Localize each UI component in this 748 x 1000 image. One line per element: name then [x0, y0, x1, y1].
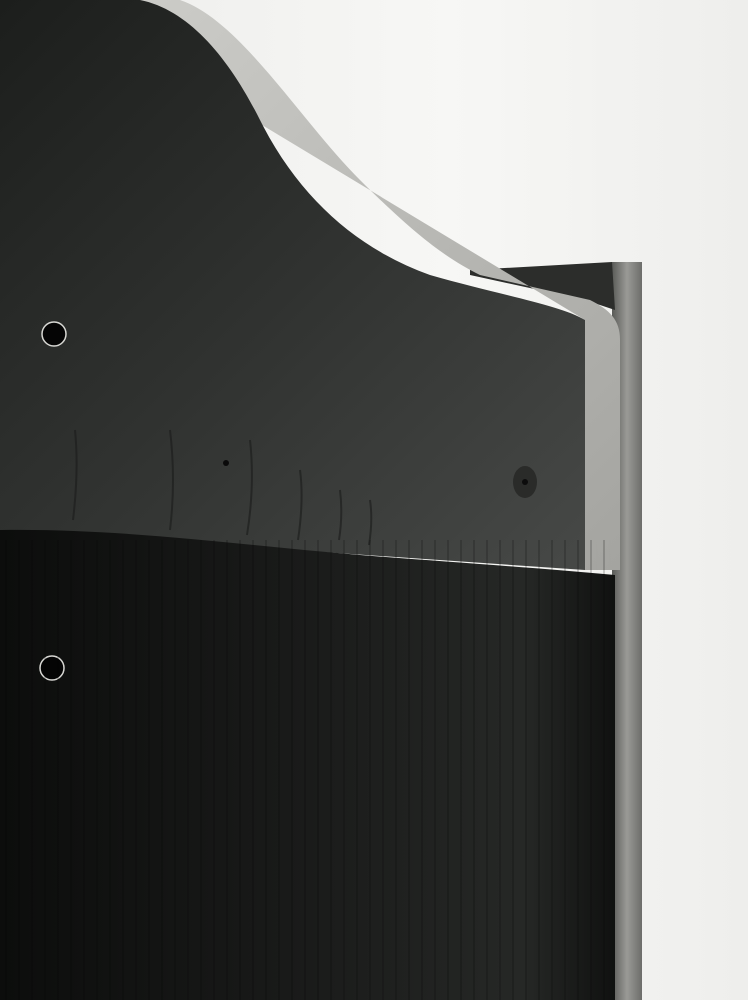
nail-mark — [223, 460, 229, 466]
punch-hole-top — [42, 322, 66, 346]
wooden-board-photo — [0, 0, 748, 1000]
upper-board-face — [0, 0, 585, 570]
wood-grain-texture — [0, 540, 615, 1000]
